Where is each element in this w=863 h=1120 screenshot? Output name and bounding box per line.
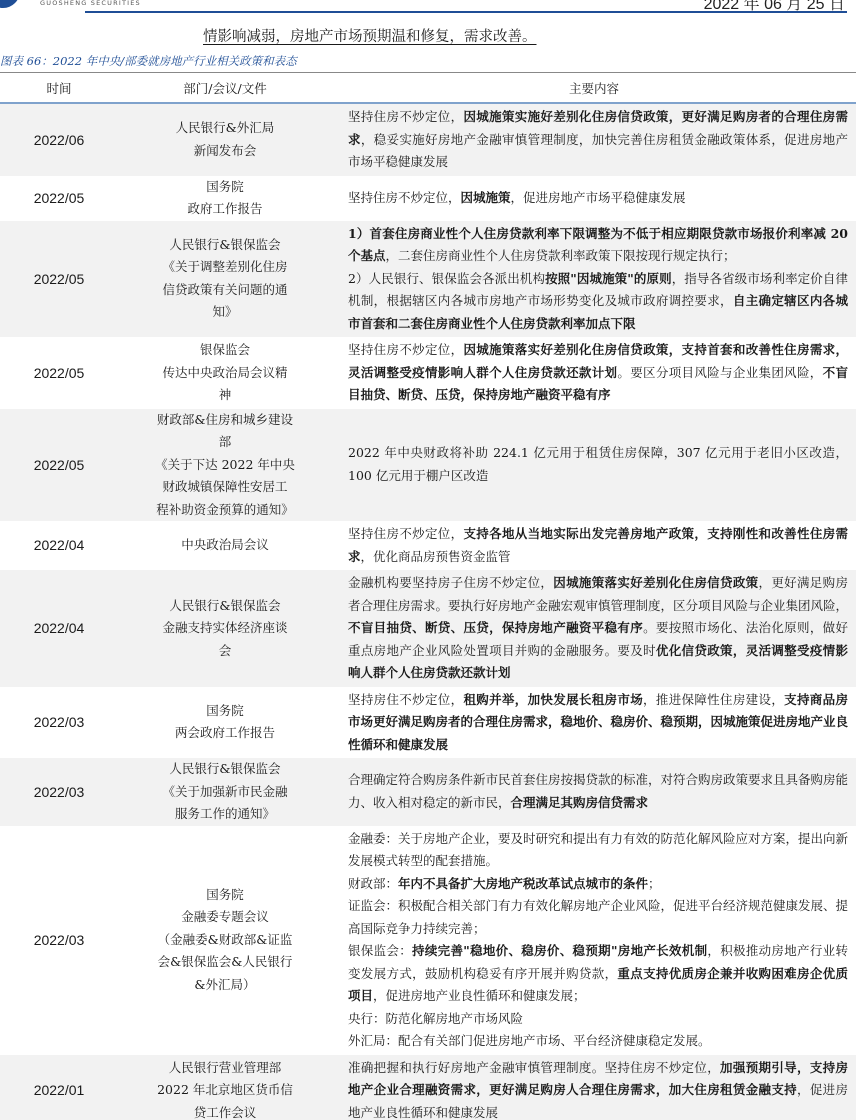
row-date: 2022/05 (0, 221, 118, 338)
content-paragraph: 坚持住房不炒定位，支持各地从当地实际出发完善房地产政策，支持刚性和改善性住房需求… (348, 523, 848, 568)
row-date: 2022/05 (0, 409, 118, 522)
row-department: 人民银行&外汇局新闻发布会 (118, 103, 332, 176)
row-content: 坚持住房不炒定位，支持各地从当地实际出发完善房地产政策，支持刚性和改善性住房需求… (332, 521, 856, 570)
row-department: 人民银行&银保监会金融支持实体经济座谈会 (118, 570, 332, 687)
row-department: 银保监会传达中央政治局会议精神 (118, 337, 332, 409)
row-date: 2022/03 (0, 687, 118, 759)
table-row: 2022/04人民银行&银保监会金融支持实体经济座谈会金融机构要坚持房子住房不炒… (0, 570, 856, 687)
row-department: 财政部&住房和城乡建设部《关于下达 2022 年中央财政城镇保障性安居工程补助资… (118, 409, 332, 522)
table-row: 2022/01人民银行营业管理部2022 年北京地区货币信贷工作会议准确把握和执… (0, 1055, 856, 1120)
row-content: 坚持房住不炒定位，租购并举，加快发展长租房市场，推进保障性住房建设，支持商品房市… (332, 687, 856, 759)
brand-name: GUOSHENG SECURITIES (40, 0, 141, 7)
row-date: 2022/05 (0, 176, 118, 221)
row-date: 2022/05 (0, 337, 118, 409)
table-header-row: 时间 部门/会议/文件 主要内容 (0, 73, 856, 104)
content-paragraph: 银保监会：持续完善"稳地价、稳房价、稳预期"房地产长效机制，积极推动房地产行业转… (348, 940, 848, 1008)
column-header-content: 主要内容 (332, 73, 856, 104)
policy-table: 时间 部门/会议/文件 主要内容 2022/06人民银行&外汇局新闻发布会坚持住… (0, 72, 856, 1120)
row-content: 坚持住房不炒定位，因城施策，促进房地产市场平稳健康发展 (332, 176, 856, 221)
row-date: 2022/03 (0, 826, 118, 1055)
content-paragraph: 2）人民银行、银保监会各派出机构按照"因城施策"的原则，指导各省级市场利率定价自… (348, 268, 848, 336)
row-date: 2022/01 (0, 1055, 118, 1120)
row-date: 2022/03 (0, 758, 118, 826)
row-department: 国务院政府工作报告 (118, 176, 332, 221)
content-paragraph: 坚持房住不炒定位，租购并举，加快发展长租房市场，推进保障性住房建设，支持商品房市… (348, 689, 848, 757)
content-paragraph: 外汇局：配合有关部门促进房地产市场、平台经济健康稳定发展。 (348, 1030, 848, 1053)
row-content: 1）首套住房商业性个人住房贷款利率下限调整为不低于相应期限贷款市场报价利率减 2… (332, 221, 856, 338)
table-row: 2022/05人民银行&银保监会《关于调整差别化住房信贷政策有关问题的通知》1）… (0, 221, 856, 338)
row-content: 金融委：关于房地产企业，要及时研究和提出有力有效的防范化解风险应对方案，提出向新… (332, 826, 856, 1055)
row-department: 国务院金融委专题会议（金融委&财政部&证监会&银保监会&人民银行&外汇局） (118, 826, 332, 1055)
row-department: 人民银行营业管理部2022 年北京地区货币信贷工作会议 (118, 1055, 332, 1120)
table-row: 2022/06人民银行&外汇局新闻发布会坚持住房不炒定位，因城施策实施好差别化住… (0, 103, 856, 176)
row-date: 2022/04 (0, 521, 118, 570)
table-row: 2022/05财政部&住房和城乡建设部《关于下达 2022 年中央财政城镇保障性… (0, 409, 856, 522)
column-header-dept: 部门/会议/文件 (118, 73, 332, 104)
report-date: 2022 年 06 月 25 日 (704, 0, 845, 14)
row-content: 合理确定符合购房条件新市民首套住房按揭贷款的标准，对符合购房政策要求且具备购房能… (332, 758, 856, 826)
content-paragraph: 坚持住房不炒定位，因城施策实施好差别化住房信贷政策，更好满足购房者的合理住房需求… (348, 106, 848, 174)
table-row: 2022/03人民银行&银保监会《关于加强新市民金融服务工作的通知》合理确定符合… (0, 758, 856, 826)
content-paragraph: 财政部：年内不具备扩大房地产税改革试点城市的条件； (348, 873, 848, 896)
table-row: 2022/05银保监会传达中央政治局会议精神坚持住房不炒定位，因城施策落实好差别… (0, 337, 856, 409)
content-paragraph: 央行：防范化解房地产市场风险 (348, 1008, 848, 1031)
table-row: 2022/03国务院两会政府工作报告坚持房住不炒定位，租购并举，加快发展长租房市… (0, 687, 856, 759)
content-paragraph: 金融委：关于房地产企业，要及时研究和提出有力有效的防范化解风险应对方案，提出向新… (348, 828, 848, 873)
row-department: 人民银行&银保监会《关于加强新市民金融服务工作的通知》 (118, 758, 332, 826)
row-content: 准确把握和执行好房地产金融审慎管理制度。坚持住房不炒定位，加强预期引导，支持房地… (332, 1055, 856, 1120)
table-row: 2022/04中央政治局会议坚持住房不炒定位，支持各地从当地实际出发完善房地产政… (0, 521, 856, 570)
column-header-date: 时间 (0, 73, 118, 104)
content-paragraph: 2022 年中央财政将补助 224.1 亿元用于租赁住房保障，307 亿元用于老… (348, 442, 848, 487)
content-paragraph: 1）首套住房商业性个人住房贷款利率下限调整为不低于相应期限贷款市场报价利率减 2… (348, 223, 848, 268)
row-department: 人民银行&银保监会《关于调整差别化住房信贷政策有关问题的通知》 (118, 221, 332, 338)
row-content: 金融机构要坚持房子住房不炒定位，因城施策落实好差别化住房信贷政策，更好满足购房者… (332, 570, 856, 687)
content-paragraph: 准确把握和执行好房地产金融审慎管理制度。坚持住房不炒定位，加强预期引导，支持房地… (348, 1057, 848, 1120)
row-content: 坚持住房不炒定位，因城施策落实好差别化住房信贷政策，支持首套和改善性住房需求，灵… (332, 337, 856, 409)
row-content: 2022 年中央财政将补助 224.1 亿元用于租赁住房保障，307 亿元用于老… (332, 409, 856, 522)
row-date: 2022/06 (0, 103, 118, 176)
content-paragraph: 证监会：积极配合相关部门有力有效化解房地产企业风险，促进平台经济规范健康发展、提… (348, 895, 848, 940)
content-paragraph: 金融机构要坚持房子住房不炒定位，因城施策落实好差别化住房信贷政策，更好满足购房者… (348, 572, 848, 685)
row-content: 坚持住房不炒定位，因城施策实施好差别化住房信贷政策，更好满足购房者的合理住房需求… (332, 103, 856, 176)
table-caption: 图表 66：2022 年中央/部委就房地产行业相关政策和表态 (0, 53, 297, 69)
content-paragraph: 合理确定符合购房条件新市民首套住房按揭贷款的标准，对符合购房政策要求且具备购房能… (348, 769, 848, 814)
table-row: 2022/03国务院金融委专题会议（金融委&财政部&证监会&银保监会&人民银行&… (0, 826, 856, 1055)
row-date: 2022/04 (0, 570, 118, 687)
row-department: 中央政治局会议 (118, 521, 332, 570)
content-paragraph: 坚持住房不炒定位，因城施策，促进房地产市场平稳健康发展 (348, 187, 848, 210)
intro-text: 情影响减弱，房地产市场预期温和修复，需求改善。 (203, 25, 537, 46)
logo-icon (0, 0, 20, 8)
table-row: 2022/05国务院政府工作报告坚持住房不炒定位，因城施策，促进房地产市场平稳健… (0, 176, 856, 221)
row-department: 国务院两会政府工作报告 (118, 687, 332, 759)
content-paragraph: 坚持住房不炒定位，因城施策落实好差别化住房信贷政策，支持首套和改善性住房需求，灵… (348, 339, 848, 407)
